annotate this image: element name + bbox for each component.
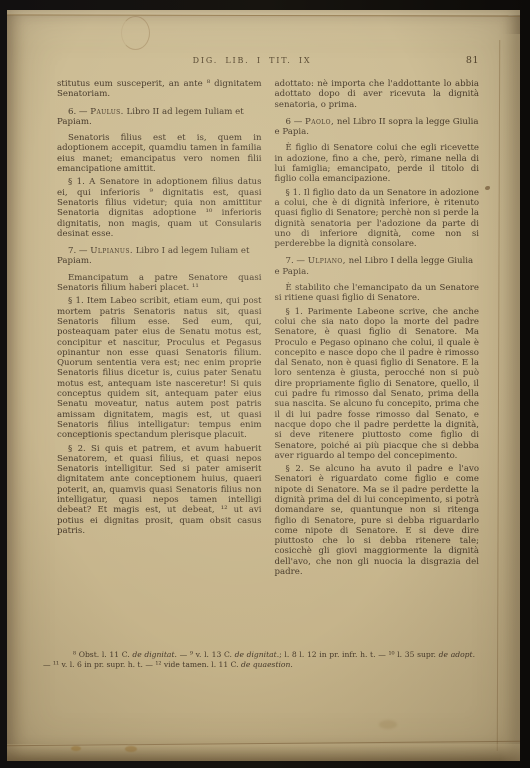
footnote-citation: de dignitat. [235,650,280,659]
footnote-text: — ¹¹ v. l. 6 in pr. supr. h. t. — ¹² vid… [43,660,241,669]
top-crease-line [7,14,520,16]
law-number: 6 — [286,117,306,127]
jurist-name: Ulpiano, [308,256,346,266]
ink-speck [485,186,490,190]
jurist-name: Paulus. [90,107,124,117]
law-number: 7. — [286,256,308,266]
section-heading: 7. — Ulpiano, nel Libro I della legge Gi… [275,256,480,277]
footnote-text: — ⁹ v. l. 13 C. [177,650,235,659]
paragraph: Emancipatum a patre Senatore quasi Senat… [57,273,262,294]
page-number: 81 [466,55,479,66]
scan-backdrop: { "scan": { "colors": { "backdrop": "#14… [0,0,530,768]
jurist-name: Ulpianus. [90,246,133,256]
footnote-citation: de quaestion. [241,660,293,669]
paragraph: stitutus eum susceperit, an ante ⁸ digni… [57,79,262,100]
page-right-edge [500,34,520,761]
paragraph: adottato: nè importa che l'addottante lo… [275,79,480,110]
paper-stain [379,720,397,729]
paragraph: § 1. A Senatore in adoptionem filius dat… [57,177,262,239]
section-heading: 7. — Ulpianus. Libro I ad legem Iuliam e… [57,246,262,267]
latin-column: stitutus eum susceperit, an ante ⁸ digni… [57,79,262,539]
page-header: DIG. LIB. I TIT. IX 81 [57,56,479,67]
page-bottom-edge [7,744,520,761]
paper-stain [125,746,137,752]
law-number: 7. — [68,246,90,256]
jurist-name: Paolo, [305,117,334,127]
section-heading: 6 — Paolo, nel Libro II sopra la legge G… [275,117,480,138]
ring-stain [121,16,150,50]
paragraph: § 1. Parimente Labeone scrive, che anche… [275,307,480,461]
paragraph: § 1. Il figlio dato da un Senatore in ad… [275,188,480,250]
footnote-citation: de dignitat. [132,650,177,659]
paragraph: Senatoris filius est et is, quem in adop… [57,133,262,174]
footnote-text: ; l. 8 l. 12 in pr. infr. h. t. — ¹⁰ l. … [279,650,439,659]
law-number: 6. — [68,107,90,117]
paragraph: È figlio di Senatore colui che egli rice… [275,143,480,184]
two-column-text: stitutus eum susceperit, an ante ⁸ digni… [57,79,479,644]
running-title: DIG. LIB. I TIT. IX [41,56,463,65]
section-heading: 6. — Paulus. Libro II ad legem Iuliam et… [57,107,262,128]
italian-column: adottato: nè importa che l'addottante lo… [275,79,480,580]
paragraph: § 2. Si quis et patrem, et avum habuerit… [57,444,262,537]
paragraph: § 2. Se alcuno ha avuto il padre e l'avo… [275,464,480,577]
paragraph: § 1. Item Labeo scribit, etiam eum, qui … [57,296,262,440]
paper-stain [71,746,81,751]
footnotes: ⁸ Obst. l. 11 C. de dignitat. — ⁹ v. l. … [43,650,475,669]
footnote-citation: de adopt. [439,650,475,659]
footnote-text: ⁸ Obst. l. 11 C. [73,650,132,659]
paragraph: È stabilito che l'emancipato da un Senat… [275,283,480,304]
scanned-book-page: DIG. LIB. I TIT. IX 81 stitutus eum susc… [7,10,520,761]
text-block: DIG. LIB. I TIT. IX 81 stitutus eum susc… [57,56,479,669]
